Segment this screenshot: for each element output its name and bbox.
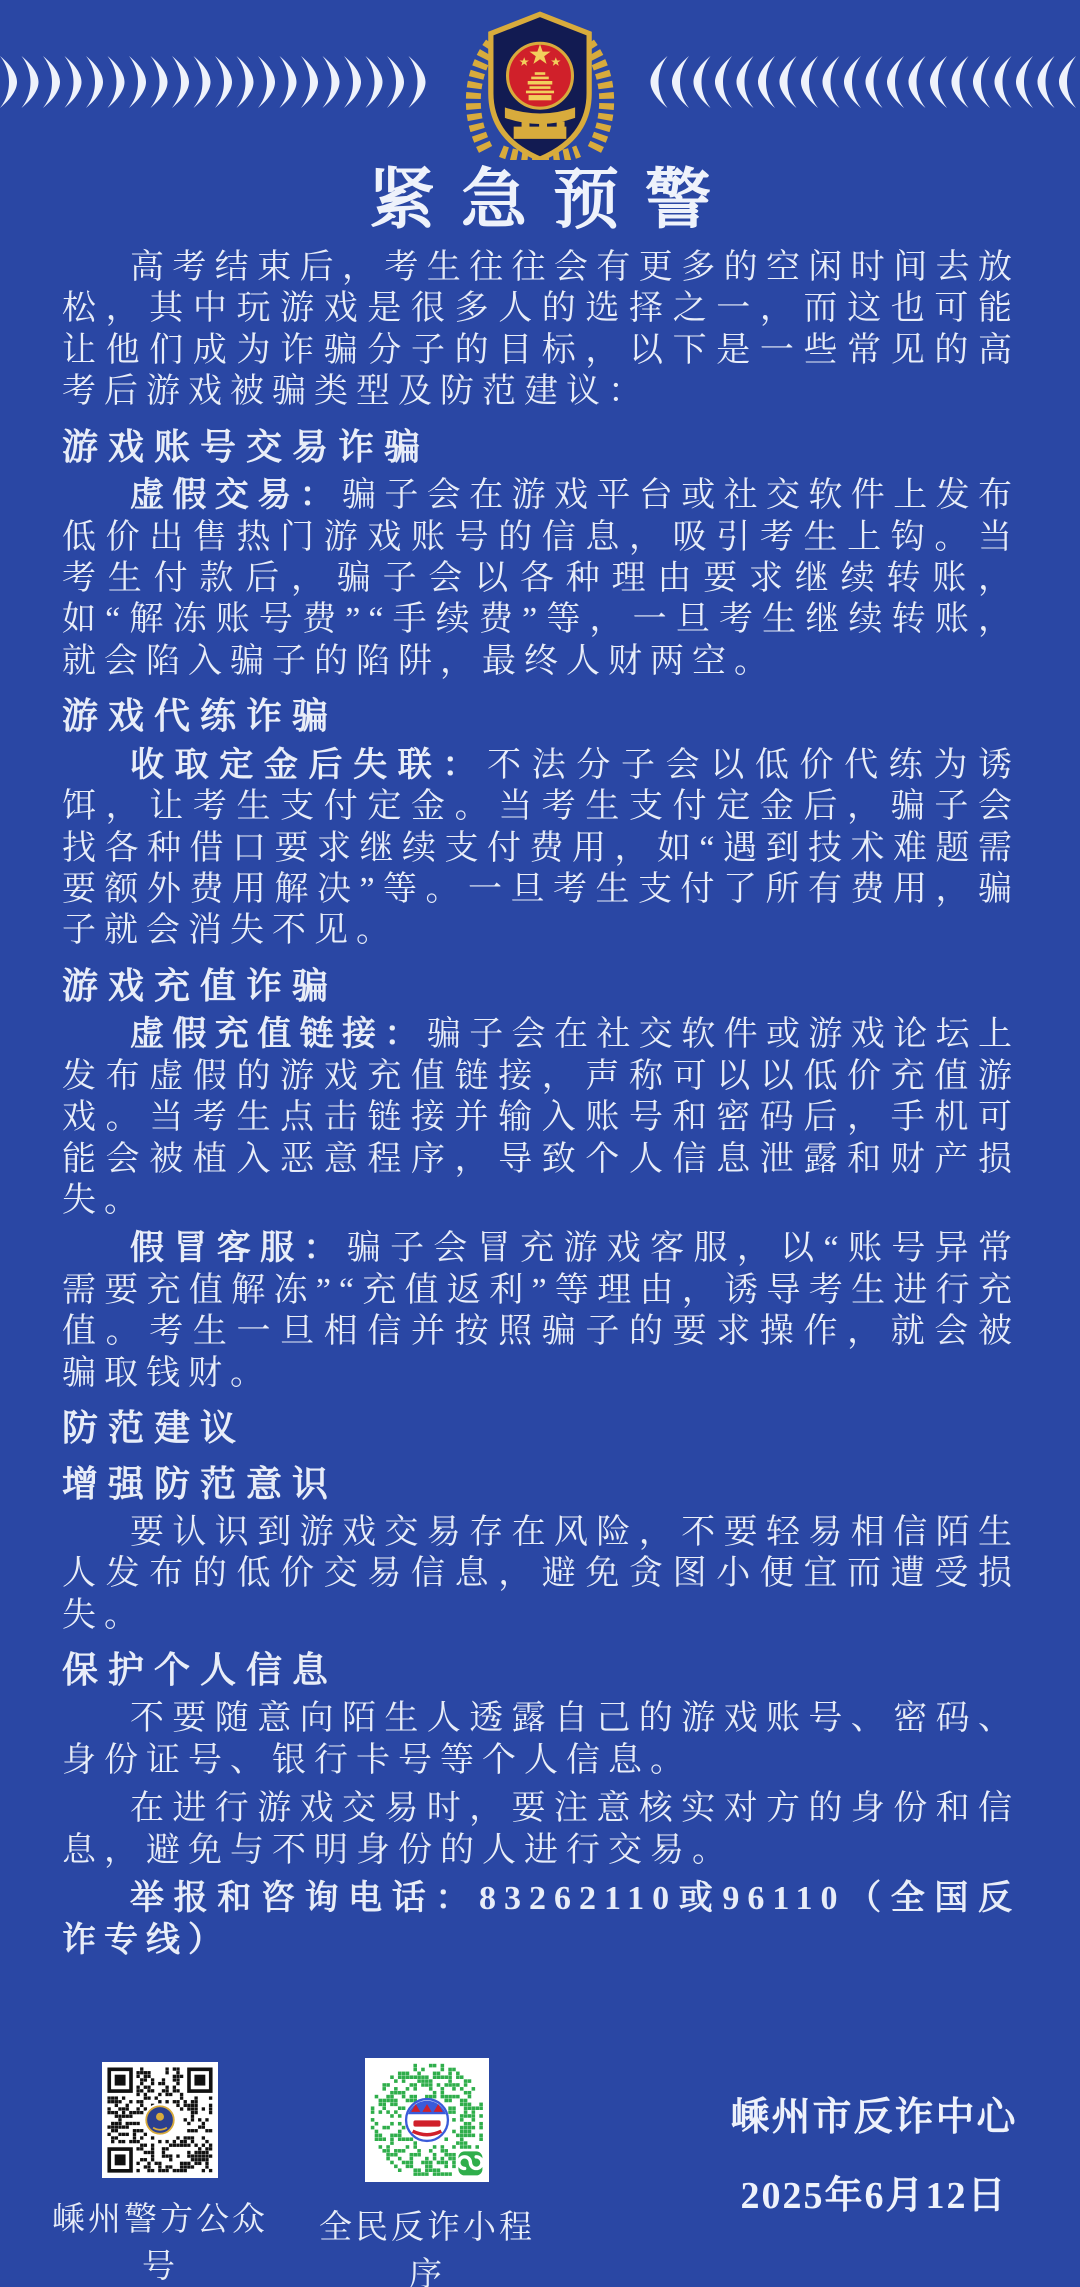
page-title: 紧急预警 <box>0 146 1080 241</box>
paragraph-protect-info: 不要随意向陌生人透露自己的游戏账号、密码、身份证号、银行卡号等个人信息。 <box>62 1698 1020 1781</box>
section-heading-account-trade: 游戏账号交易诈骗 <box>62 425 1020 468</box>
paragraph-fake-link: 虚假充值链接：骗子会在社交软件或游戏论坛上发布虚假的游戏充值链接，声称可以以低价… <box>62 1014 1020 1221</box>
paragraph-fake-trade: 虚假交易：骗子会在游戏平台或社交软件上发布低价出售热门游戏账号的信息，吸引考生上… <box>62 475 1020 682</box>
antifraud-mini-program-qr-icon <box>365 2058 489 2182</box>
chevron-band-right-icon <box>646 56 1080 108</box>
hotline-paragraph: 举报和咨询电话：83262110或96110（全国反诈专线） <box>62 1878 1020 1961</box>
intro-paragraph: 高考结束后，考生往往会有更多的空闲时间去放松，其中玩游戏是很多人的选择之一，而这… <box>62 247 1020 413</box>
section-heading-topup: 游戏充值诈骗 <box>62 964 1020 1007</box>
police-qr-block: 嵊州警方公众号 <box>50 2062 270 2287</box>
paragraph-lead: 虚假交易： <box>130 477 342 514</box>
paragraph-verify-identity: 在进行游戏交易时，要注意核实对方的身份和信息，避免与不明身份的人进行交易。 <box>62 1788 1020 1871</box>
section-heading-protect-info: 保护个人信息 <box>62 1648 1020 1691</box>
paragraph-deposit-scam: 收取定金后失联：不法分子会以低价代练为诱饵，让考生支付定金。当考生支付定金后，骗… <box>62 745 1020 952</box>
section-heading-boosting: 游戏代练诈骗 <box>62 694 1020 737</box>
antifraud-qr-caption: 全民反诈小程序 <box>302 2201 552 2287</box>
org-date: 2025年6月12日 <box>706 2164 1042 2219</box>
signature-block: 嵊州市反诈中心 2025年6月12日 <box>706 2086 1042 2219</box>
paragraph-lead: 虚假充值链接： <box>130 1016 427 1053</box>
police-badge-icon <box>452 2 628 160</box>
paragraph-fake-support: 假冒客服：骗子会冒充游戏客服，以“账号异常需要充值解冻”“充值返利”等理由，诱导… <box>62 1228 1020 1394</box>
chevron-band-left-icon <box>0 56 434 108</box>
police-qr-caption: 嵊州警方公众号 <box>50 2193 270 2287</box>
antifraud-qr-block: 全民反诈小程序 <box>302 2058 552 2287</box>
notice-body: 高考结束后，考生往往会有更多的空闲时间去放松，其中玩游戏是很多人的选择之一，而这… <box>62 240 1020 1968</box>
paragraph-awareness: 要认识到游戏交易存在风险，不要轻易相信陌生人发布的低价交易信息，避免贪图小便宜而… <box>62 1512 1020 1636</box>
org-name: 嵊州市反诈中心 <box>706 2086 1042 2142</box>
police-account-qr-icon <box>102 2062 218 2178</box>
paragraph-lead: 收取定金后失联： <box>130 747 487 784</box>
section-heading-advice: 防范建议 <box>62 1406 1020 1449</box>
paragraph-lead: 假冒客服： <box>130 1230 347 1267</box>
section-heading-awareness: 增强防范意识 <box>62 1462 1020 1505</box>
footer: 嵊州警方公众号 全民反诈小程序 嵊州市反诈中心 2025年6月12日 <box>0 2042 1080 2287</box>
antifraud-warning-poster: 紧急预警 高考结束后，考生往往会有更多的空闲时间去放松，其中玩游戏是很多人的选择… <box>0 0 1080 2287</box>
